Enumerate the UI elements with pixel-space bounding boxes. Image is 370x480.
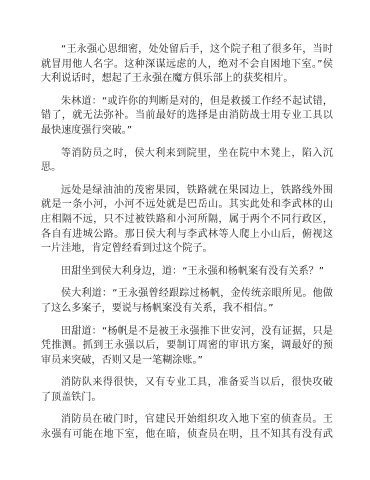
paragraph-dialog-houdali: “王永强心思细密，处处留后手，这个院子租了很多年，当时就冒用他人名字。这种深谋远…	[41, 43, 333, 87]
paragraph-narration-waiting: 等消防员之时，侯大利来到院里，坐在院中木凳上，陷入沉思。	[41, 147, 333, 176]
ebook-reader-screen: { "page": { "background_color": "#ffffff…	[0, 0, 370, 480]
paragraph-narration-scenery: 远处是绿油油的茂密果园，铁路就在果园边上，铁路线外围就是一条小河，小河不远处就是…	[41, 184, 333, 257]
paragraph-dialog-tiantian-speculation: 田甜道：“杨帆是不是被王永强推下世安河，没有证据，只是凭推测。抓到王永强以后，要…	[41, 325, 333, 369]
paragraph-dialog-houdali-reply: 侯大利道：“王永强曾经跟踪过杨帆，金传统亲眼所见。他做了这么多案子，要说与杨帆案…	[41, 287, 333, 316]
paragraph-narration-firefighters: 消防队来得很快，又有专业工具，准备妥当以后，很快攻破了顶盖铁门。	[41, 376, 333, 405]
paragraph-narration-breach: 消防员在破门时，官建民开始组织攻入地下室的侦查员。王永强有可能在地下室，他在暗，…	[41, 413, 333, 443]
paragraph-dialog-zhulin: 朱林道：“或许你的判断是对的，但是救援工作经不起试错，错了，就无法弥补。当前最好…	[41, 95, 333, 139]
text-page: “王永强心思细密，处处留后手，这个院子租了很多年，当时就冒用他人名字。这种深谋远…	[41, 43, 333, 443]
paragraph-dialog-tiantian-question: 田甜坐到侯大利身边，道：“王永强和杨帆案有没有关系？”	[41, 265, 333, 280]
